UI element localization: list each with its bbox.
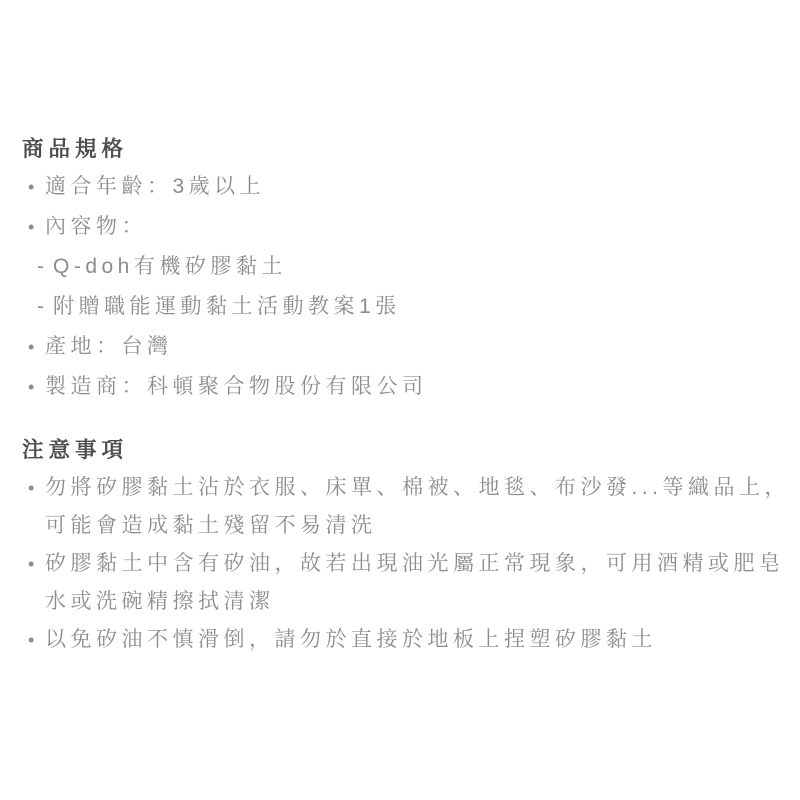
- spec-section: 商品規格 • 適合年齡：3歲以上 • 內容物： - Q-doh有機矽膠黏土 - …: [22, 130, 790, 406]
- notice-item-oil: • 矽膠黏土中含有矽油，故若出現油光屬正常現象，可用酒精或肥皂: [22, 545, 790, 583]
- spec-item-contents: • 內容物：: [22, 208, 790, 246]
- bullet-icon: •: [28, 621, 39, 659]
- notice-section: 注意事項 • 勿將矽膠黏土沾於衣服、床單、棉被、地毯、布沙發...等織品上， 可…: [22, 431, 790, 659]
- spec-item-text: 內容物：: [45, 215, 147, 238]
- notice-item-fabric: • 勿將矽膠黏土沾於衣服、床單、棉被、地毯、布沙發...等織品上，: [22, 469, 790, 507]
- dash-icon: -: [37, 288, 49, 326]
- notice-item-line: 矽膠黏土中含有矽油，故若出現油光屬正常現象，可用酒精或肥皂: [45, 552, 785, 575]
- notice-item-fabric-line2: 可能會造成黏土殘留不易清洗: [22, 507, 790, 545]
- spec-item-text: 產地：台灣: [45, 335, 173, 358]
- spec-subitem-clay: - Q-doh有機矽膠黏土: [22, 248, 790, 286]
- spec-item-origin: • 產地：台灣: [22, 328, 790, 366]
- notice-item-line: 勿將矽膠黏土沾於衣服、床單、棉被、地毯、布沙發...等織品上，: [45, 476, 790, 499]
- bullet-icon: •: [28, 368, 39, 406]
- notice-item-line: 可能會造成黏土殘留不易清洗: [45, 514, 377, 537]
- notice-section-heading: 注意事項: [22, 431, 790, 469]
- bullet-icon: •: [28, 469, 39, 507]
- notice-list: • 勿將矽膠黏土沾於衣服、床單、棉被、地毯、布沙發...等織品上， 可能會造成黏…: [22, 469, 790, 659]
- bullet-icon: •: [28, 328, 39, 366]
- spec-item-text: 製造商：科頓聚合物股份有限公司: [45, 375, 428, 398]
- spec-section-heading: 商品規格: [22, 130, 790, 168]
- notice-item-oil-line2: 水或洗碗精擦拭清潔: [22, 583, 790, 621]
- product-description-page: 商品規格 • 適合年齡：3歲以上 • 內容物： - Q-doh有機矽膠黏土 - …: [0, 0, 800, 800]
- notice-item-line: 以免矽油不慎滑倒，請勿於直接於地板上捏塑矽膠黏土: [45, 628, 657, 651]
- spec-subitem-text: Q-doh有機矽膠黏土: [53, 255, 287, 278]
- spec-subitem-lesson-sheet: - 附贈職能運動黏土活動教案1張: [22, 288, 790, 326]
- bullet-icon: •: [28, 208, 39, 246]
- spec-list: • 適合年齡：3歲以上 • 內容物： - Q-doh有機矽膠黏土 - 附贈職能運…: [22, 168, 790, 406]
- bullet-icon: •: [28, 168, 39, 206]
- notice-item-line: 水或洗碗精擦拭清潔: [45, 590, 275, 613]
- spec-item-text: 適合年齡：3歲以上: [45, 175, 265, 198]
- spec-item-manufacturer: • 製造商：科頓聚合物股份有限公司: [22, 368, 790, 406]
- notice-item-floor: • 以免矽油不慎滑倒，請勿於直接於地板上捏塑矽膠黏土: [22, 621, 790, 659]
- spec-item-age: • 適合年齡：3歲以上: [22, 168, 790, 206]
- content-area: 商品規格 • 適合年齡：3歲以上 • 內容物： - Q-doh有機矽膠黏土 - …: [22, 130, 790, 659]
- spec-subitem-text: 附贈職能運動黏土活動教案1張: [53, 295, 401, 318]
- bullet-icon: •: [28, 545, 39, 583]
- dash-icon: -: [37, 248, 49, 286]
